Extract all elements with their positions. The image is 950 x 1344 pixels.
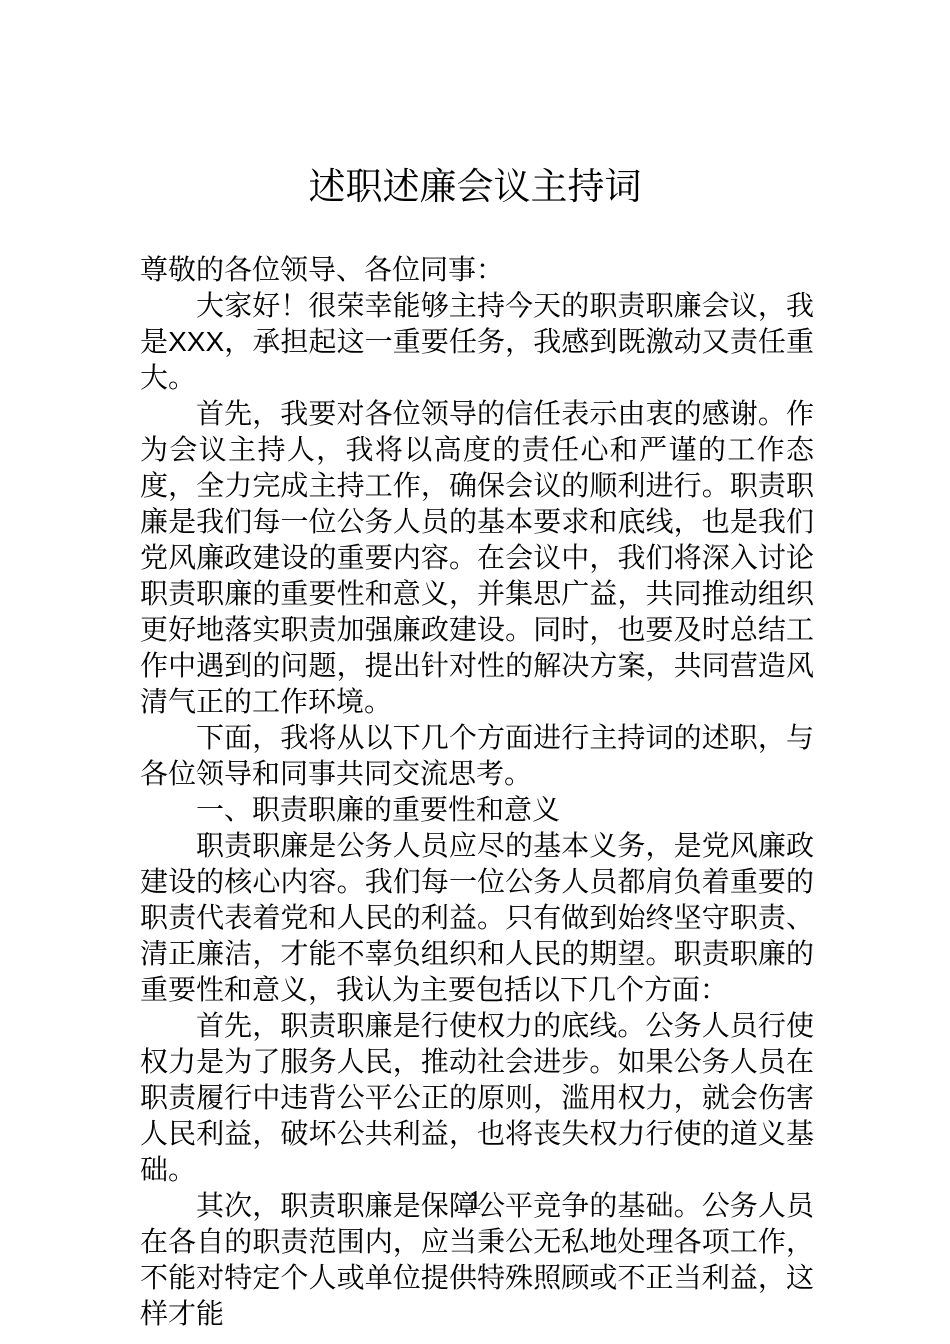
section-heading-1: 一、职责职廉的重要性和意义 — [140, 792, 814, 828]
paragraph-salutation: 尊敬的各位领导、各位同事： — [140, 252, 814, 288]
paragraph-transition: 下面，我将从以下几个方面进行主持词的述职，与各位领导和同事共同交流思考。 — [140, 720, 814, 792]
paragraph-opening-thanks: 首先，我要对各位领导的信任表示由衷的感谢。作为会议主持人，我将以高度的责任心和严… — [140, 396, 814, 720]
document-title: 述职述廉会议主持词 — [0, 160, 950, 214]
paragraph-point-first: 首先，职责职廉是行使权力的底线。公务人员行使权力是为了服务人民，推动社会进步。如… — [140, 1008, 814, 1188]
document-page: 述职述廉会议主持词 尊敬的各位领导、各位同事： 大家好！很荣幸能够主持今天的职责… — [0, 0, 950, 1344]
page-number: 1 — [0, 1184, 950, 1216]
paragraph-greeting: 大家好！很荣幸能够主持今天的职责职廉会议，我是XXX，承担起这一重要任务，我感到… — [140, 288, 814, 396]
document-body: 尊敬的各位领导、各位同事： 大家好！很荣幸能够主持今天的职责职廉会议，我是XXX… — [140, 252, 814, 1332]
paragraph-section1-intro: 职责职廉是公务人员应尽的基本义务，是党风廉政建设的核心内容。我们每一位公务人员都… — [140, 828, 814, 1008]
